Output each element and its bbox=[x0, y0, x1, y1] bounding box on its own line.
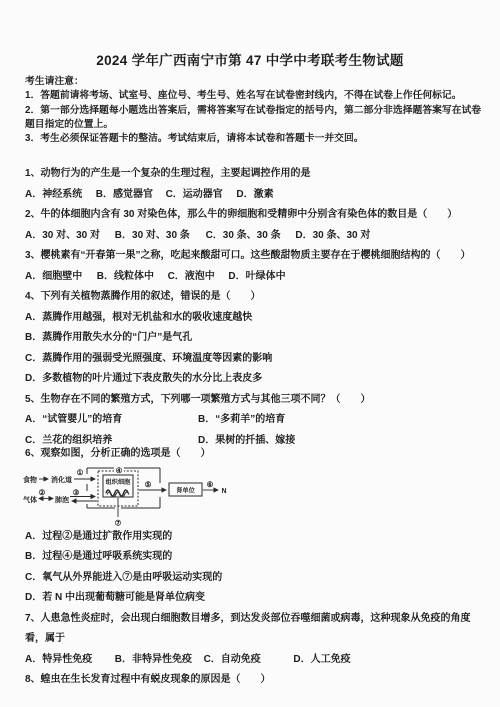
process-5-label: ⑤ bbox=[145, 480, 152, 489]
question-stem: 4、下列有关植物蒸腾作用的叙述，错误的是（ ） bbox=[25, 287, 490, 308]
option-d: D．人工免疫 bbox=[293, 650, 350, 671]
n-output-label: N bbox=[222, 488, 227, 495]
questions-section: 1、动物行为的产生是一个复杂的生理过程，主要起调控作用的是 A．神经系统 B．感… bbox=[25, 164, 490, 691]
question-stem: 7、人患急性炎症时，会出现白细胞数目增多，到达发炎部位吞噬细菌或病毒，这种现象从… bbox=[25, 609, 490, 650]
question-stem: 2、牛的体细胞内含有 30 对染色体，那么牛的卵细胞和受精卵中分别含有染色体的数… bbox=[25, 205, 490, 226]
option-a: A．蒸腾作用越强，根对无机盐和水的吸收速度越快 bbox=[25, 308, 490, 329]
notice-item: 1．答题前请将考场、试室号、座位号、考生号、姓名写在试卷密封线内，不得在试卷上作… bbox=[25, 89, 488, 103]
option-a: A．特异性免疫 bbox=[25, 650, 112, 671]
digestive-tract-label: 消化道 bbox=[51, 475, 72, 484]
option-d: D．若 N 中出现葡萄糖可能是肾单位病变 bbox=[25, 588, 490, 609]
question-7: 7、人患急性炎症时，会出现白细胞数目增多，到达发炎部位吞噬细菌或病毒，这种现象从… bbox=[25, 609, 490, 671]
question-1: 1、动物行为的产生是一个复杂的生理过程，主要起调控作用的是 A．神经系统 B．感… bbox=[25, 164, 490, 205]
notice-item: 2．第一部分选择题每小题选出答案后，需将答案写在试卷指定的括号内，第二部分非选择… bbox=[25, 104, 488, 133]
process-1-label: ① bbox=[77, 468, 84, 477]
option-b: B．线粒体中 bbox=[97, 267, 165, 288]
tissue-cells-label: 组织细胞 bbox=[106, 478, 132, 486]
question-options: A．30 对、30 对 B．30 对、30 条 C．30 条、30 条 D．30… bbox=[25, 226, 490, 247]
option-c: C．自动免疫 bbox=[204, 650, 291, 671]
question-options: A．特异性免疫 B．非特异性免疫 C．自动免疫 D．人工免疫 bbox=[25, 650, 490, 671]
question-stem: 5、生物存在不同的繁殖方式，下列哪一项繁殖方式与其他三项不同？（ ） bbox=[25, 390, 490, 411]
nephron-label: 肾单位 bbox=[176, 486, 195, 494]
option-b: B．非特异性免疫 bbox=[115, 650, 201, 671]
option-c: C．液泡中 bbox=[168, 267, 226, 288]
option-b: B．蒸腾作用散失水分的“门户”是气孔 bbox=[25, 328, 490, 349]
food-label: 食物 bbox=[23, 475, 37, 484]
question-stem: 3、樱桃素有“开春第一果”之称，吃起来酸甜可口。这些酸甜物质主要存在于樱桃细胞结… bbox=[25, 246, 490, 267]
option-d: D．果树的扦插、嫁接 bbox=[198, 431, 490, 452]
gas-label: 气体 bbox=[23, 495, 37, 504]
question-5: 5、生物存在不同的繁殖方式，下列哪一项繁殖方式与其他三项不同？（ ） A．“试管… bbox=[25, 390, 490, 452]
option-b: B．感觉器官 bbox=[96, 185, 163, 206]
question-options: A．神经系统 B．感觉器官 C．运动器官 D．激素 bbox=[25, 185, 490, 206]
question-6-diagram: 组织细胞 食物 消化道 ① 气体 ② 肺泡 ③ ④ bbox=[20, 465, 235, 527]
option-b: B．过程④是通过呼吸系统实现的 bbox=[25, 547, 490, 568]
question-4: 4、下列有关植物蒸腾作用的叙述，错误的是（ ） A．蒸腾作用越强，根对无机盐和水… bbox=[25, 287, 490, 390]
option-a: A．细胞壁中 bbox=[25, 267, 94, 288]
question-6: 6、观察如图，分析正确的选项是（ ） 组织细胞 bbox=[25, 444, 490, 609]
alveoli-label: 肺泡 bbox=[55, 495, 69, 504]
option-d: D．叶绿体中 bbox=[228, 267, 285, 288]
option-c: C．氧气从外界能进入⑦是由呼吸运动实现的 bbox=[25, 568, 490, 589]
question-stem: 1、动物行为的产生是一个复杂的生理过程，主要起调控作用的是 bbox=[25, 164, 490, 185]
option-d: D．激素 bbox=[236, 185, 273, 206]
option-c: C．30 条、30 条 bbox=[206, 226, 293, 247]
option-b: B．30 对、30 条 bbox=[115, 226, 203, 247]
page-title: 2024 学年广西南宁市第 47 中学中考联考生物试题 bbox=[0, 0, 500, 69]
process-4-label: ④ bbox=[116, 466, 123, 475]
process-7-label: ⑦ bbox=[115, 518, 122, 527]
notice-item: 3．考生必须保证答题卡的整洁。考试结束后，请将本试卷和答题卡一并交回。 bbox=[25, 132, 488, 146]
option-a: A．神经系统 bbox=[25, 185, 93, 206]
notice-heading: 考生请注意： bbox=[25, 75, 488, 89]
option-c: C．运动器官 bbox=[166, 185, 234, 206]
option-d: D．30 条、30 对 bbox=[295, 226, 370, 247]
question-3: 3、樱桃素有“开春第一果”之称，吃起来酸甜可口。这些酸甜物质主要存在于樱桃细胞结… bbox=[25, 246, 490, 287]
option-d: D．多数植物的叶片通过下表皮散失的水分比上表皮多 bbox=[25, 369, 490, 390]
question-2: 2、牛的体细胞内含有 30 对染色体，那么牛的卵细胞和受精卵中分别含有染色体的数… bbox=[25, 205, 490, 246]
question-8: 8、蝗虫在生长发育过程中有蜕皮现象的原因是（ ） bbox=[25, 670, 490, 691]
exam-paper-page: 2024 学年广西南宁市第 47 中学中考联考生物试题 考生请注意： 1．答题前… bbox=[0, 0, 500, 707]
option-c: C．蒸腾作用的强弱受光照强度、环境温度等因素的影响 bbox=[25, 349, 490, 370]
question-stem: 8、蝗虫在生长发育过程中有蜕皮现象的原因是（ ） bbox=[25, 670, 490, 691]
process-2-label: ② bbox=[39, 488, 46, 497]
process-3-label: ③ bbox=[73, 488, 80, 497]
process-6-label: ⑥ bbox=[207, 480, 214, 489]
option-a: A．“试管婴儿”的培育 bbox=[25, 410, 198, 431]
option-a: A．过程②是通过扩散作用实现的 bbox=[25, 527, 490, 548]
option-b: B．“多莉羊”的培育 bbox=[198, 410, 490, 431]
option-a: A．30 对、30 对 bbox=[25, 226, 112, 247]
notice-section: 考生请注意： 1．答题前请将考场、试室号、座位号、考生号、姓名写在试卷密封线内，… bbox=[25, 75, 488, 146]
question-options: A．细胞壁中 B．线粒体中 C．液泡中 D．叶绿体中 bbox=[25, 267, 490, 288]
